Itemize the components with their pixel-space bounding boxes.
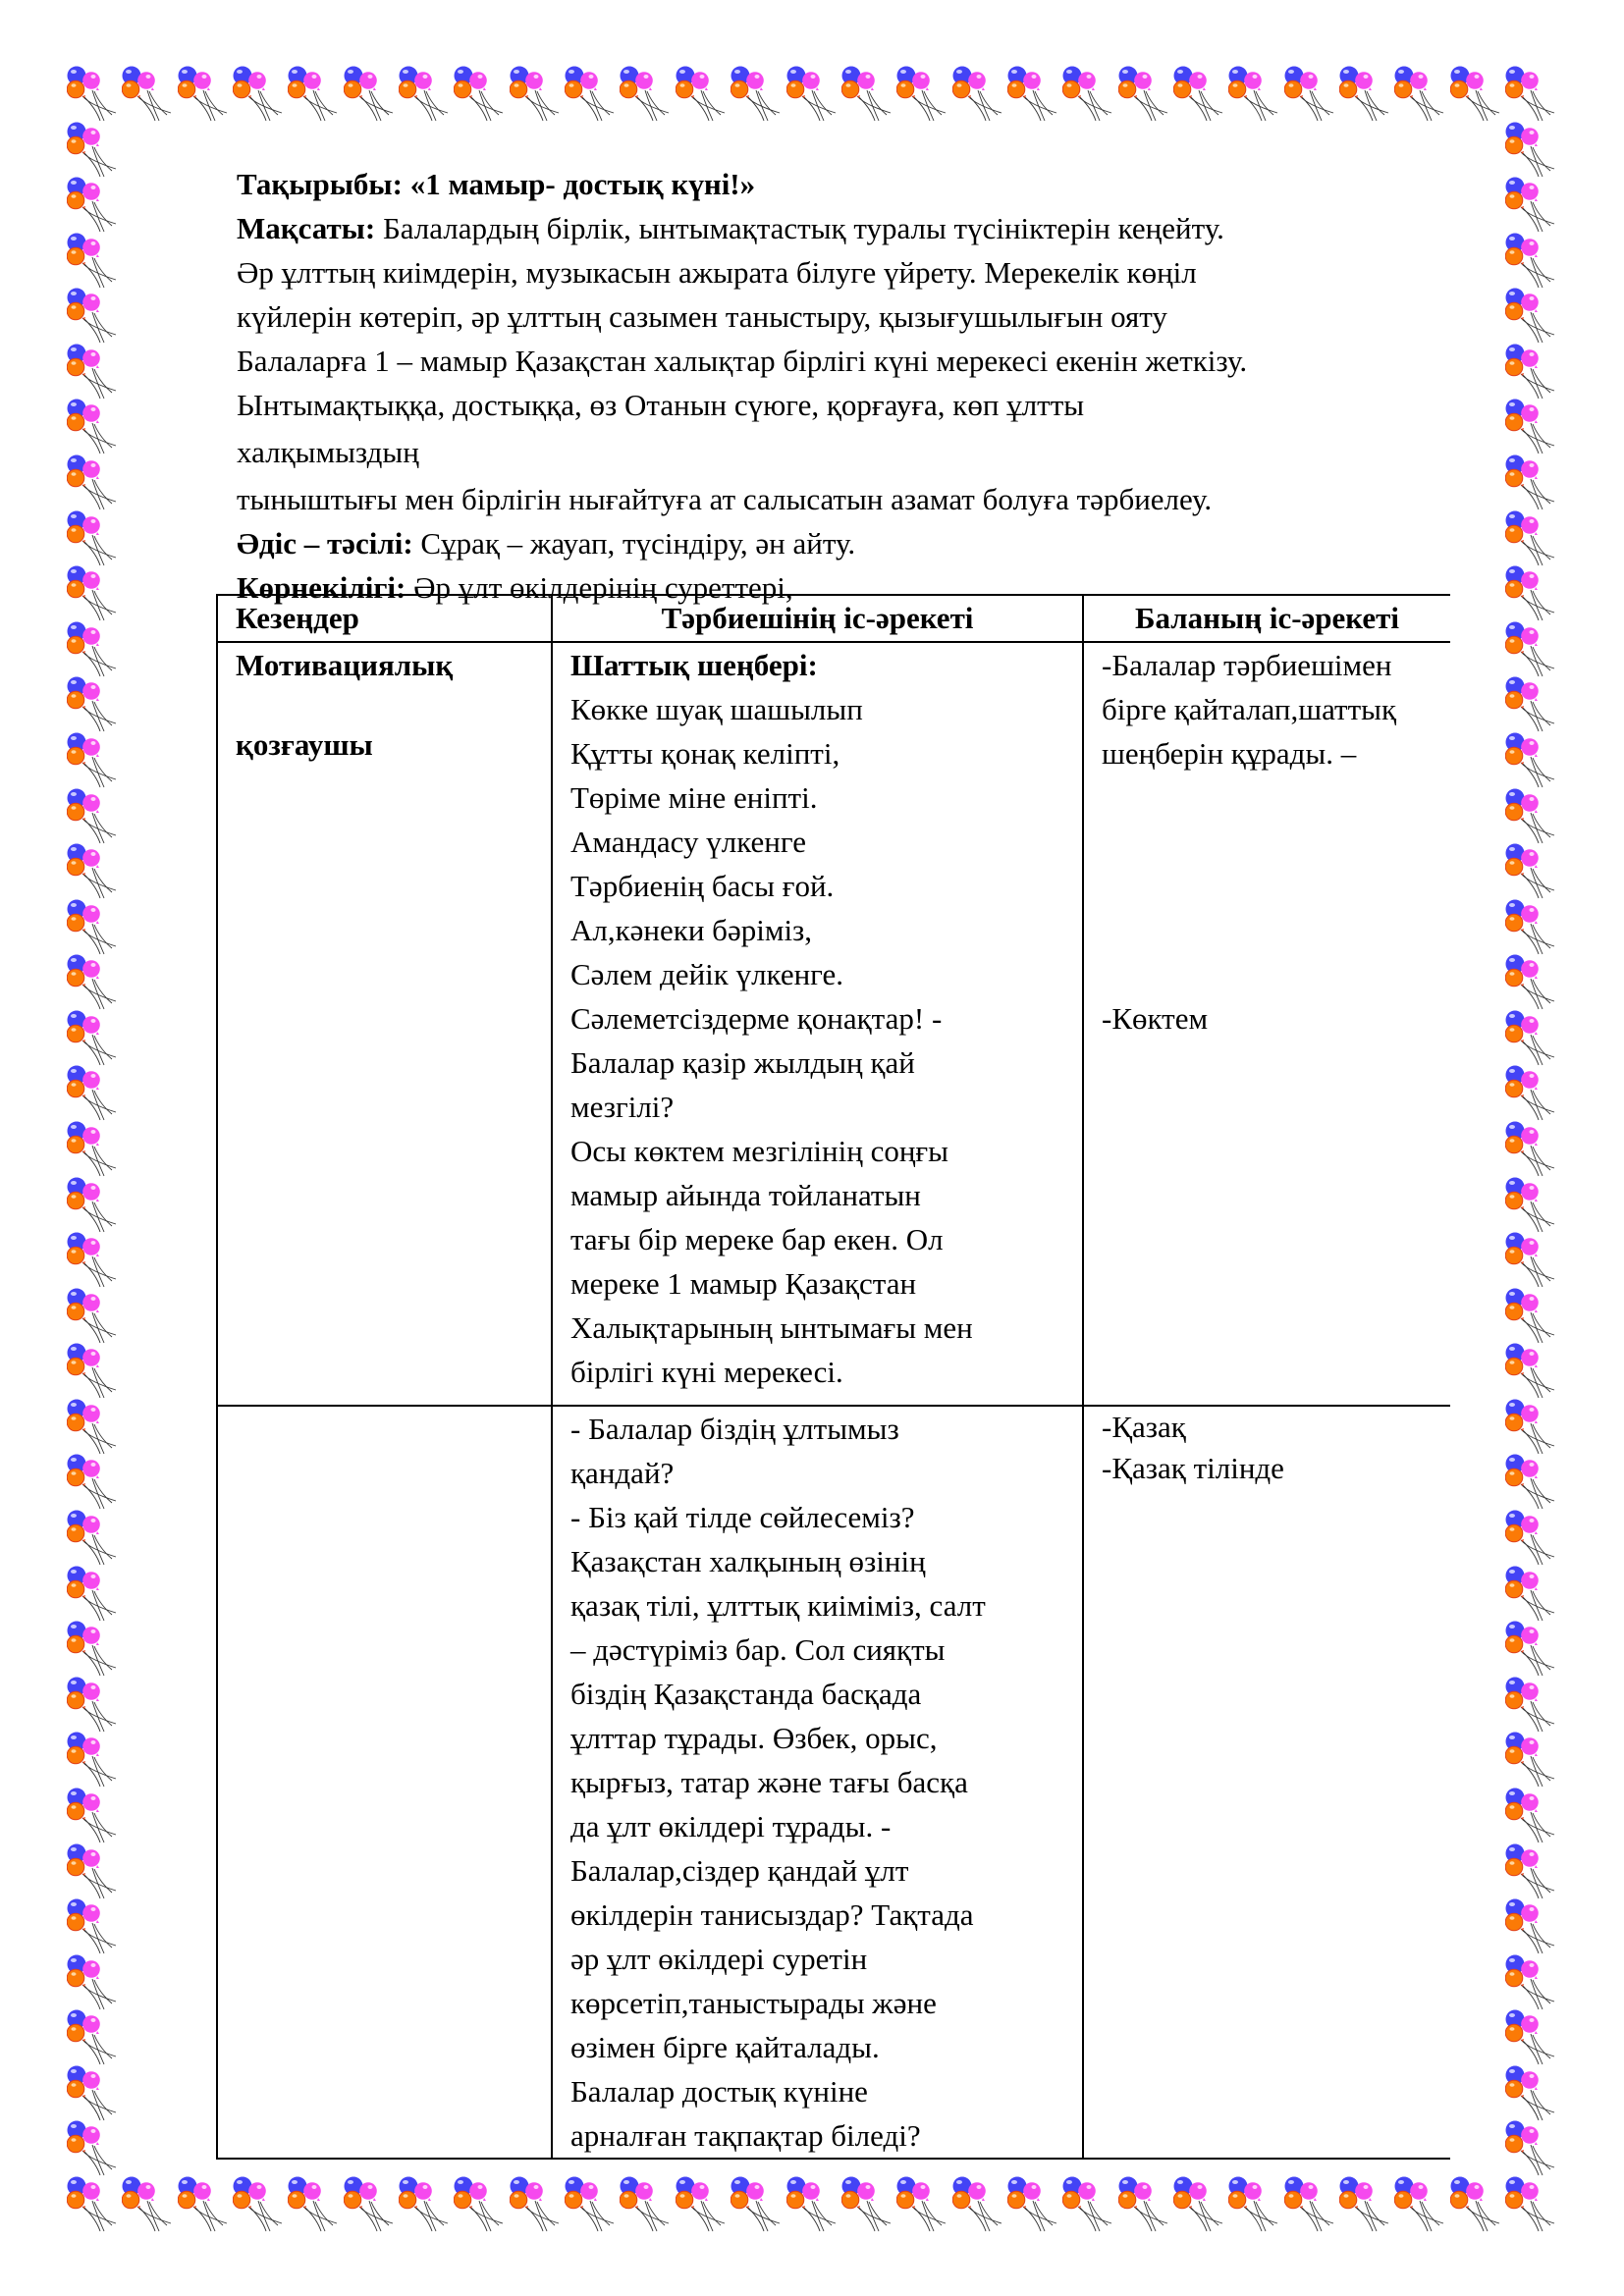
- balloon-bunch-icon: [178, 2176, 231, 2232]
- balloon-bunch-icon: [1284, 66, 1337, 122]
- balloon-bunch-icon: [1505, 843, 1558, 899]
- balloon-bunch-icon: [510, 66, 563, 122]
- balloon-bunch-icon: [620, 2176, 673, 2232]
- balloon-bunch-icon: [510, 2176, 563, 2232]
- balloon-bunch-icon: [1505, 399, 1558, 454]
- teacher-text-line: Балалар достық күніне: [570, 2069, 1082, 2113]
- balloon-bunch-icon: [1505, 1621, 1558, 1677]
- teacher-text-line: да ұлт өкілдері тұрады. -: [570, 1804, 1082, 1848]
- teacher-text-line: арналған тақпақтар біледі?: [570, 2113, 1082, 2158]
- balloon-bunch-icon: [1505, 177, 1558, 233]
- child-text: шеңберін құрады. –: [1102, 731, 1450, 775]
- balloon-bunch-icon: [1505, 1510, 1558, 1566]
- teacher-text: Көкке шуақ шашылыпҚұтты қонақ келіпті,Тө…: [570, 687, 1082, 1394]
- balloon-bunch-icon: [1505, 122, 1558, 178]
- goal-line: Мақсаты: Балалардың бірлік, ынтымақтасты…: [237, 206, 1503, 250]
- balloon-bunch-icon: [1505, 1065, 1558, 1121]
- balloon-bunch-icon: [67, 1065, 120, 1121]
- balloon-bunch-icon: [67, 1677, 120, 1733]
- balloon-bunch-icon: [67, 1399, 120, 1455]
- balloon-bunch-icon: [1505, 1399, 1558, 1455]
- balloon-bunch-icon: [1505, 288, 1558, 344]
- teacher-text-line: Төріме міне еніпті.: [570, 775, 1082, 820]
- topic-label: Тақырыбы:: [237, 167, 403, 201]
- balloon-bunch-icon: [1505, 1566, 1558, 1622]
- balloon-bunch-icon: [1505, 1677, 1558, 1733]
- balloon-bunch-icon: [178, 66, 231, 122]
- balloon-bunch-icon: [67, 732, 120, 788]
- balloon-bunch-icon: [1505, 732, 1558, 788]
- balloon-bunch-icon: [952, 2176, 1005, 2232]
- balloon-bunch-icon: [233, 2176, 286, 2232]
- teacher-text-line: ұлттар тұрады. Өзбек, орыс,: [570, 1716, 1082, 1760]
- balloon-bunch-icon: [1505, 1288, 1558, 1344]
- balloon-bunch-icon: [1505, 1898, 1558, 1954]
- teacher-text-line: Сәлеметсіздерме қонақтар! -: [570, 996, 1082, 1041]
- balloon-bunch-icon: [620, 66, 673, 122]
- teacher-text-line: Амандасу үлкенге: [570, 820, 1082, 864]
- stage-name: Мотивациялық: [236, 643, 551, 687]
- topic-line: Тақырыбы: «1 мамыр- достық күні!»: [237, 162, 1503, 206]
- balloon-bunch-icon: [67, 344, 120, 400]
- balloon-bunch-icon: [1450, 66, 1503, 122]
- balloon-bunch-icon: [67, 177, 120, 233]
- balloon-bunch-icon: [67, 1232, 120, 1288]
- balloon-bunch-icon: [1173, 66, 1226, 122]
- balloon-bunch-icon: [1505, 899, 1558, 955]
- balloon-bunch-icon: [1505, 565, 1558, 621]
- teacher-text-line: біздің Қазақстанда басқада: [570, 1672, 1082, 1716]
- balloon-bunch-icon: [841, 2176, 894, 2232]
- goal-text-line: Балаларға 1 – мамыр Қазақстан халықтар б…: [237, 339, 1503, 383]
- stage-cell: [217, 1406, 552, 2159]
- goal-label: Мақсаты:: [237, 211, 375, 245]
- child-answer: -Қазақ тілінде: [1102, 1448, 1450, 1489]
- balloon-bunch-icon: [731, 66, 784, 122]
- balloon-bunch-icon: [1505, 1954, 1558, 2010]
- balloon-bunch-icon: [67, 1788, 120, 1843]
- balloon-bunch-icon: [67, 676, 120, 732]
- method-label: Әдіс – тәсілі:: [237, 526, 413, 561]
- balloon-bunch-icon: [1505, 2176, 1558, 2232]
- balloon-bunch-icon: [1505, 1177, 1558, 1233]
- balloon-bunch-icon: [1062, 66, 1115, 122]
- balloon-bunch-icon: [67, 122, 120, 178]
- balloon-bunch-icon: [67, 399, 120, 454]
- balloon-bunch-icon: [1505, 1843, 1558, 1899]
- balloon-bunch-icon: [841, 66, 894, 122]
- teacher-text-line: – дәстүріміз бар. Сол сияқты: [570, 1628, 1082, 1672]
- balloon-bunch-icon: [67, 1898, 120, 1954]
- balloon-bunch-icon: [952, 66, 1005, 122]
- balloon-bunch-icon: [731, 2176, 784, 2232]
- balloon-bunch-icon: [288, 66, 341, 122]
- balloon-bunch-icon: [454, 66, 507, 122]
- balloon-bunch-icon: [1450, 2176, 1503, 2232]
- balloon-bunch-icon: [565, 2176, 618, 2232]
- teacher-text-line: Сәлем дейік үлкенге.: [570, 952, 1082, 996]
- table-row: - Балалар біздің ұлтымызқандай?- Біз қай…: [217, 1406, 1450, 2159]
- balloon-bunch-icon: [1505, 1732, 1558, 1788]
- teacher-text-line: өкілдерін танисыздар? Тақтада: [570, 1893, 1082, 1937]
- teacher-text-line: қандай?: [570, 1451, 1082, 1495]
- balloon-bunch-icon: [399, 2176, 452, 2232]
- teacher-text-line: Қазақстан халқының өзінің: [570, 1539, 1082, 1583]
- balloon-bunch-icon: [67, 1843, 120, 1899]
- teacher-text-line: Көкке шуақ шашылып: [570, 687, 1082, 731]
- balloon-bunch-icon: [1007, 66, 1060, 122]
- teacher-text-line: Халықтарының ынтымағы мен: [570, 1306, 1082, 1350]
- balloon-bunch-icon: [67, 1510, 120, 1566]
- balloon-bunch-icon: [67, 843, 120, 899]
- balloon-bunch-icon: [233, 66, 286, 122]
- balloon-bunch-icon: [1394, 66, 1447, 122]
- balloon-bunch-icon: [1505, 676, 1558, 732]
- balloon-bunch-icon: [1505, 510, 1558, 566]
- balloon-bunch-icon: [67, 621, 120, 677]
- teacher-text-line: көрсетіп,таныстырады және: [570, 1981, 1082, 2025]
- balloon-bunch-icon: [67, 1010, 120, 1066]
- child-answer: -Көктем: [1102, 996, 1450, 1041]
- balloon-bunch-icon: [1394, 2176, 1447, 2232]
- balloon-bunch-icon: [67, 1954, 120, 2010]
- balloon-bunch-icon: [1505, 1121, 1558, 1177]
- balloon-bunch-icon: [1505, 2065, 1558, 2121]
- teacher-text-line: қырғыз, татар және тағы басқа: [570, 1760, 1082, 1804]
- balloon-bunch-icon: [1118, 66, 1171, 122]
- balloon-bunch-icon: [1062, 2176, 1115, 2232]
- table-row: Мотивациялық қозғаушы Шаттық шеңбері: Кө…: [217, 642, 1450, 1406]
- balloon-bunch-icon: [67, 1566, 120, 1622]
- child-activity-cell: -Балалар тәрбиешімен бірге қайталап,шатт…: [1083, 642, 1450, 1406]
- goal-text-line: Әр ұлттың киімдерін, музыкасын ажырата б…: [237, 250, 1503, 294]
- teacher-activity-cell: - Балалар біздің ұлтымызқандай?- Біз қай…: [552, 1406, 1083, 2159]
- goal-text-line: күйлерін көтеріп, әр ұлттың сазымен таны…: [237, 294, 1503, 339]
- balloon-bunch-icon: [1505, 2009, 1558, 2065]
- teacher-text-line: - Балалар біздің ұлтымыз: [570, 1407, 1082, 1451]
- balloon-bunch-icon: [676, 2176, 729, 2232]
- balloon-bunch-icon: [67, 1288, 120, 1344]
- balloon-bunch-icon: [67, 1343, 120, 1399]
- balloon-bunch-icon: [1505, 788, 1558, 844]
- teacher-text-line: қазақ тілі, ұлттық киіміміз, салт: [570, 1583, 1082, 1628]
- balloon-bunch-icon: [1228, 2176, 1281, 2232]
- header-child-activity: Баланың іс-әрекеті: [1083, 595, 1450, 642]
- balloon-bunch-icon: [122, 2176, 175, 2232]
- balloon-bunch-icon: [122, 66, 175, 122]
- child-activity-cell: -Қазақ -Қазақ тілінде: [1083, 1406, 1450, 2159]
- balloon-bunch-icon: [1505, 1788, 1558, 1843]
- teacher-text: - Балалар біздің ұлтымызқандай?- Біз қай…: [570, 1407, 1082, 2158]
- goal-text-line: Ынтымақтыққа, достыққа, өз Отанын сүюге,…: [237, 383, 1503, 427]
- balloon-bunch-icon: [67, 1121, 120, 1177]
- balloon-bunch-icon: [399, 66, 452, 122]
- balloon-bunch-icon: [1284, 2176, 1337, 2232]
- balloon-bunch-icon: [67, 66, 120, 122]
- balloon-bunch-icon: [67, 454, 120, 510]
- teacher-text-line: Ал,кәнеки бәріміз,: [570, 908, 1082, 952]
- balloon-bunch-icon: [67, 2009, 120, 2065]
- activity-heading: Шаттық шеңбері:: [570, 643, 1082, 687]
- balloon-bunch-icon: [67, 565, 120, 621]
- lesson-plan-table: Кезеңдер Тәрбиешінің іс-әрекеті Баланың …: [216, 594, 1450, 2160]
- balloon-bunch-icon: [67, 2176, 120, 2232]
- balloon-bunch-icon: [1505, 1232, 1558, 1288]
- method-line: Әдіс – тәсілі: Сұрақ – жауап, түсіндіру,…: [237, 521, 1503, 565]
- balloon-bunch-icon: [67, 954, 120, 1010]
- balloon-bunch-icon: [1339, 2176, 1392, 2232]
- balloon-bunch-icon: [1505, 1010, 1558, 1066]
- balloon-bunch-icon: [454, 2176, 507, 2232]
- balloon-bunch-icon: [67, 510, 120, 566]
- balloon-bunch-icon: [67, 788, 120, 844]
- teacher-activity-cell: Шаттық шеңбері: Көкке шуақ шашылыпҚұтты …: [552, 642, 1083, 1406]
- teacher-text-line: Балалар,сіздер қандай ұлт: [570, 1848, 1082, 1893]
- balloon-bunch-icon: [1505, 621, 1558, 677]
- balloon-bunch-icon: [786, 2176, 839, 2232]
- teacher-text-line: тағы бір мереке бар екен. Ол: [570, 1217, 1082, 1261]
- balloon-bunch-icon: [1118, 2176, 1171, 2232]
- child-text: -Балалар тәрбиешімен: [1102, 643, 1450, 687]
- goal-text-line: халқымыздың: [237, 430, 1503, 474]
- stage-cell: Мотивациялық қозғаушы: [217, 642, 552, 1406]
- teacher-text-line: өзімен бірге қайталады.: [570, 2025, 1082, 2069]
- topic-value: «1 мамыр- достық күні!»: [410, 167, 755, 201]
- goal-text: Балалардың бірлік, ынтымақтастық туралы …: [383, 211, 1224, 245]
- spacer: [236, 687, 551, 722]
- teacher-text-line: Осы көктем мезгілінің соңғы: [570, 1129, 1082, 1173]
- balloon-bunch-icon: [1505, 454, 1558, 510]
- balloon-bunch-icon: [67, 1621, 120, 1677]
- balloon-bunch-icon: [67, 1454, 120, 1510]
- header-stages: Кезеңдер: [217, 595, 552, 642]
- balloon-bunch-icon: [1505, 66, 1558, 122]
- balloon-bunch-icon: [67, 288, 120, 344]
- teacher-text-line: мереке 1 мамыр Қазақстан: [570, 1261, 1082, 1306]
- balloon-bunch-icon: [1173, 2176, 1226, 2232]
- header-teacher-activity: Тәрбиешінің іс-әрекеті: [552, 595, 1083, 642]
- balloon-bunch-icon: [288, 2176, 341, 2232]
- balloon-bunch-icon: [344, 2176, 397, 2232]
- balloon-bunch-icon: [896, 2176, 949, 2232]
- balloon-bunch-icon: [67, 1177, 120, 1233]
- balloon-bunch-icon: [1339, 66, 1392, 122]
- teacher-text-line: мамыр айында тойланатын: [570, 1173, 1082, 1217]
- teacher-text-line: бірлігі күні мерекесі.: [570, 1350, 1082, 1394]
- teacher-text-line: Балалар қазір жылдың қай: [570, 1041, 1082, 1085]
- balloon-bunch-icon: [67, 2120, 120, 2176]
- method-value: Сұрақ – жауап, түсіндіру, ән айту.: [420, 526, 855, 561]
- teacher-text-line: Құтты қонақ келіпті,: [570, 731, 1082, 775]
- teacher-text-line: мезгілі?: [570, 1085, 1082, 1129]
- teacher-text-line: әр ұлт өкілдері суретін: [570, 1937, 1082, 1981]
- balloon-bunch-icon: [67, 1732, 120, 1788]
- goal-text-line: тыныштығы мен бірлігін нығайтуға ат салы…: [237, 477, 1503, 521]
- balloon-bunch-icon: [1505, 344, 1558, 400]
- balloon-bunch-icon: [1505, 1454, 1558, 1510]
- child-text: бірге қайталап,шаттық: [1102, 687, 1450, 731]
- balloon-bunch-icon: [67, 233, 120, 289]
- balloon-bunch-icon: [344, 66, 397, 122]
- stage-name: қозғаушы: [236, 722, 551, 767]
- balloon-bunch-icon: [67, 2065, 120, 2121]
- teacher-text-line: Тәрбиенің басы ғой.: [570, 864, 1082, 908]
- lesson-intro: Тақырыбы: «1 мамыр- достық күні!» Мақсат…: [237, 162, 1503, 610]
- teacher-text-line: - Біз қай тілде сөйлесеміз?: [570, 1495, 1082, 1539]
- balloon-bunch-icon: [67, 899, 120, 955]
- balloon-bunch-icon: [1007, 2176, 1060, 2232]
- balloon-bunch-icon: [896, 66, 949, 122]
- table-header-row: Кезеңдер Тәрбиешінің іс-әрекеті Баланың …: [217, 595, 1450, 642]
- balloon-bunch-icon: [1505, 2120, 1558, 2176]
- balloon-bunch-icon: [1505, 954, 1558, 1010]
- balloon-bunch-icon: [676, 66, 729, 122]
- balloon-bunch-icon: [786, 66, 839, 122]
- balloon-bunch-icon: [1505, 1343, 1558, 1399]
- balloon-bunch-icon: [1505, 233, 1558, 289]
- balloon-bunch-icon: [565, 66, 618, 122]
- child-answer: -Қазақ: [1102, 1407, 1450, 1448]
- balloon-bunch-icon: [1228, 66, 1281, 122]
